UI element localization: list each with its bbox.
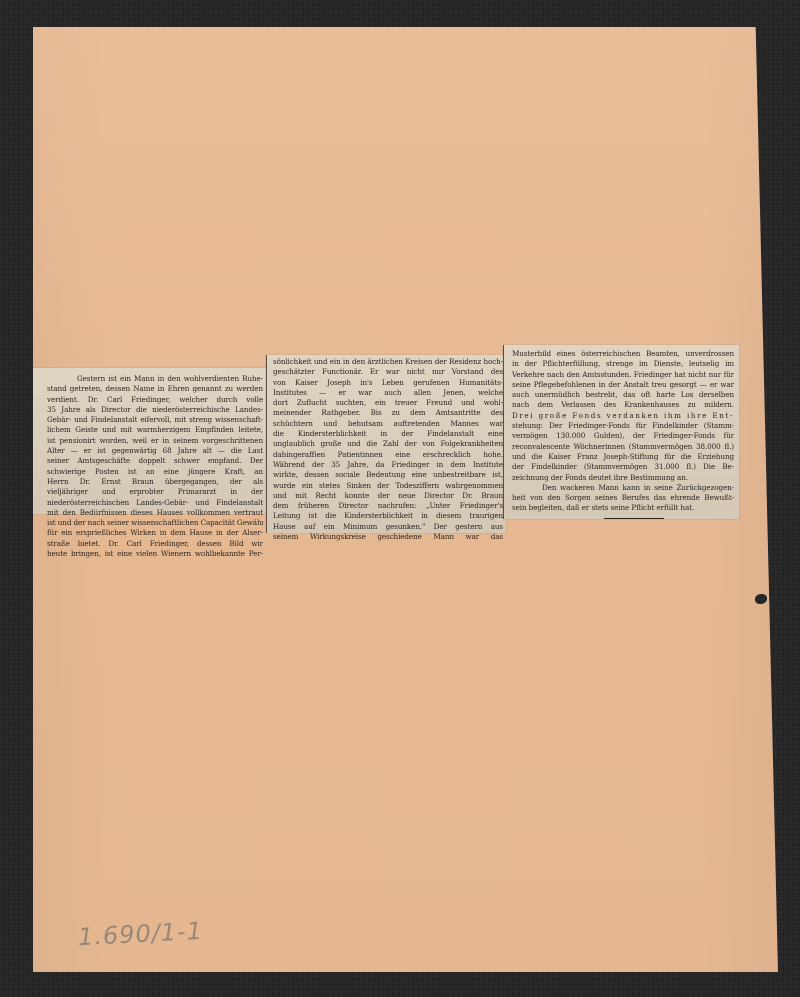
text-line: für ein ersprießliches Wirken in dem Hau…: [47, 528, 263, 538]
text-line: Drei große Fonds verdanken ihm ihre Ent-: [512, 411, 734, 421]
paper-edge-notch: [755, 594, 767, 604]
text-line: Den wackeren Mann kann in seine Zurückge…: [512, 483, 734, 493]
text-line: sein begleiten, daß er stets seine Pflic…: [512, 503, 734, 513]
text-line: nach dem Verlassen des Krankenhauses zu …: [512, 400, 734, 410]
text-line: mit den Bedürfnissen dieses Hauses vollk…: [47, 508, 263, 518]
text-line: seine Pflegebefohlenen in der Anstalt tr…: [512, 380, 734, 390]
text-line: 35 Jahre als Director die niederösterrei…: [47, 405, 263, 415]
text-line: sönlichkeit und ein in den ärztlichen Kr…: [273, 357, 503, 367]
clipping-column-1: Gestern ist ein Mann in den wohlverdient…: [33, 368, 266, 514]
text-line: Gebär- und Findelanstalt eifervoll, mit …: [47, 415, 263, 425]
text-line: verdient. Dr. Carl Friedinger, welcher d…: [47, 395, 263, 405]
text-line: Institutes — er war auch allen Jenen, we…: [273, 388, 503, 398]
text-line: unglaublich große und die Zahl der von F…: [273, 439, 503, 449]
text-line: Verkehre nach den Amtsstunden. Friedinge…: [512, 370, 734, 380]
text-line: auch unermüdlich bestrebt, das oft harte…: [512, 390, 734, 400]
text-line: dahingeraffien Patientinnen eine erschre…: [273, 450, 503, 460]
text-line: von Kaiser Joseph in's Leben gerufenen H…: [273, 378, 503, 388]
text-line: ist und der nach seiner wissenschaftlich…: [47, 518, 263, 528]
text-line: Alter — er ist gegenwärtig 68 Jahre alt …: [47, 446, 263, 456]
text-line: heit von den Sorgen seines Berufes das e…: [512, 493, 734, 503]
clipping-column-3: Musterbild eines österreichischen Beamte…: [503, 345, 739, 519]
text-line: Leitung ist die Kindersterblichkeit in d…: [273, 511, 503, 521]
text-line: vermögen 130.000 Gulden), der Friedinger…: [512, 431, 734, 441]
text-line: lichem Geiste und mit warmherzigem Empfi…: [47, 425, 263, 435]
text-line: reconvalescente Wöchnerinnen (Stammvermö…: [512, 442, 734, 452]
text-line: Hause auf ein Minimum gesunken." Der ges…: [273, 522, 503, 532]
text-line: in der Pflichterfüllung, strenge im Dien…: [512, 359, 734, 369]
clipping-column-2: sönlichkeit und ein in den ärztlichen Kr…: [266, 355, 506, 533]
text-line: geschätzter Functionär. Er war nicht nur…: [273, 367, 503, 377]
text-line: vieljähriger und erprobter Primararzt in…: [47, 487, 263, 497]
text-line: dort Zuflucht suchten, ein treuer Freund…: [273, 398, 503, 408]
text-line: der Findelkinder (Stammvermögen 31.000 f…: [512, 462, 734, 472]
text-line: seiner Amtsgeschäfte doppelt schwer empf…: [47, 456, 263, 466]
text-line: dem früheren Director nachrufen: „Unter …: [273, 501, 503, 511]
text-line: Musterbild eines österreichischen Beamte…: [512, 349, 734, 359]
text-line: wurde ein stetes Sinken der Todesziffern…: [273, 481, 503, 491]
text-line: Gestern ist ein Mann in den wohlverdient…: [47, 374, 263, 384]
text-line: die Kindersterblichkeit in der Findelans…: [273, 429, 503, 439]
text-line: Während der 35 Jahre, da Friedinger in d…: [273, 460, 503, 470]
text-line: stehung: Der Friedinger-Fonds für Findel…: [512, 421, 734, 431]
text-line: stand getreten, dessen Name in Ehren gen…: [47, 384, 263, 394]
text-line: wirkte, dessen sociale Bedeutung eine un…: [273, 470, 503, 480]
text-line: und die Kaiser Franz Joseph-Stiftung für…: [512, 452, 734, 462]
text-line: heute bringen, ist eine vielen Wienern w…: [47, 549, 263, 559]
text-line: niederösterreichischen Landes-Gebär- und…: [47, 498, 263, 508]
text-line: seinem Wirkungskreise geschiedene Mann w…: [273, 532, 503, 542]
end-of-article-rule: [604, 518, 664, 519]
text-line: schüchtern und behutsam auftretenden Man…: [273, 419, 503, 429]
text-line: schwierige Posten ist an eine jüngere Kr…: [47, 467, 263, 477]
text-line: ist pensionirt worden, weil er in seinem…: [47, 436, 263, 446]
text-line: meinender Rathgeber. Bis zu dem Amtsantr…: [273, 408, 503, 418]
text-line: zeichnung der Fonds deutet ihre Bestimmu…: [512, 473, 734, 483]
text-line: straße bietet. Dr. Carl Friedinger, dess…: [47, 539, 263, 549]
text-line: Herrn Dr. Ernst Braun übergegangen, der …: [47, 477, 263, 487]
text-line: und mit Recht konnte der neue Director D…: [273, 491, 503, 501]
